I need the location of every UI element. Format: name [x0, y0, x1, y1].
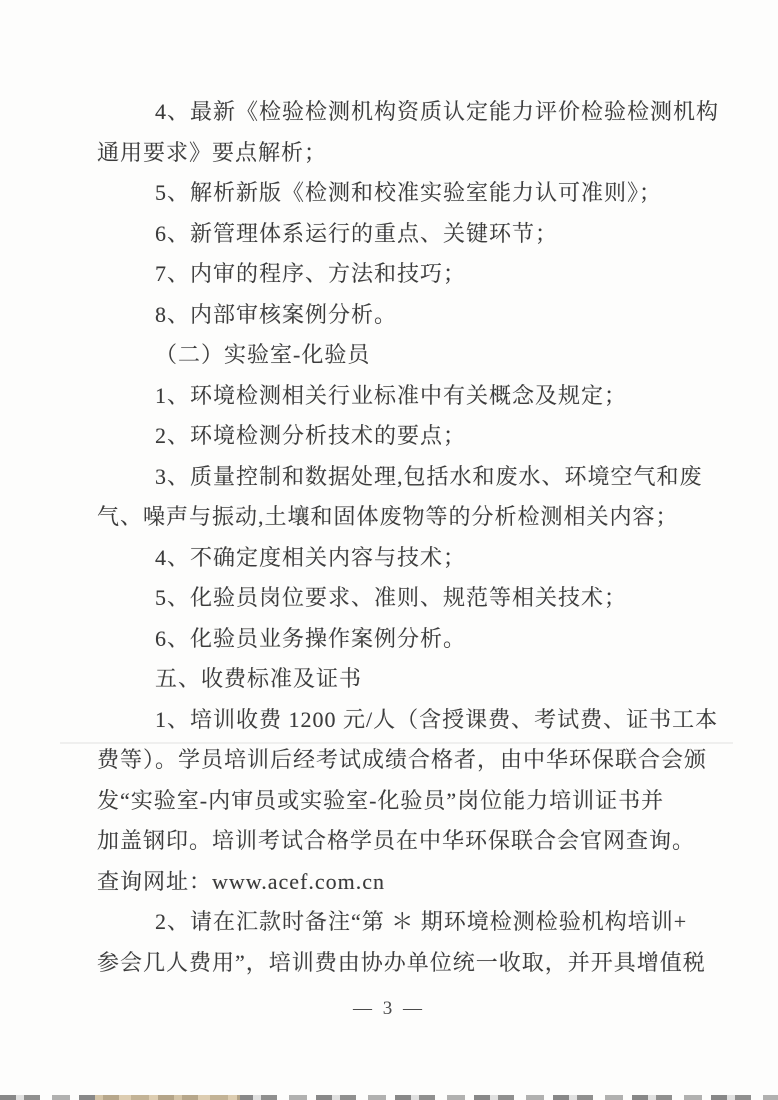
- text-line: 费等）。学员培训后经考试成绩合格者，由中华环保联合会颁: [97, 740, 738, 781]
- scan-streak-artifact: [60, 742, 733, 744]
- text-line: 1、环境检测相关行业标准中有关概念及规定；: [97, 376, 738, 417]
- text-line: 通用要求》要点解析；: [97, 133, 738, 174]
- text-line: 1、培训收费 1200 元/人（含授课费、考试费、证书工本: [97, 700, 738, 741]
- text-line: 5、化验员岗位要求、准则、规范等相关技术；: [97, 578, 738, 619]
- text-line: 7、内审的程序、方法和技巧；: [97, 254, 738, 295]
- text-line: 4、最新《检验检测机构资质认定能力评价检验检测机构: [97, 92, 738, 133]
- text-line: 加盖钢印。培训考试合格学员在中华环保联合会官网查询。: [97, 821, 738, 862]
- text-line: 气、噪声与振动,土壤和固体废物等的分析检测相关内容；: [97, 497, 738, 538]
- text-line: 2、请在汇款时备注“第 ＊ 期环境检测检验机构培训+: [97, 902, 738, 943]
- text-line: 参会几人费用”，培训费由协办单位统一收取，并开具增值税: [97, 943, 738, 984]
- text-line: 4、不确定度相关内容与技术；: [97, 538, 738, 579]
- text-line: 8、内部审核案例分析。: [97, 295, 738, 336]
- scanned-document-page: 4、最新《检验检测机构资质认定能力评价检验检测机构通用要求》要点解析；5、解析新…: [0, 0, 778, 1100]
- text-line: 五、收费标准及证书: [97, 659, 738, 700]
- text-line: 发“实验室-内审员或实验室-化验员”岗位能力培训证书并: [97, 781, 738, 822]
- text-line: 查询网址：www.acef.com.cn: [97, 862, 738, 903]
- page-number: — 3 —: [0, 998, 778, 1020]
- text-line: 5、解析新版《检测和校准实验室能力认可准则》；: [97, 173, 738, 214]
- text-line: （二）实验室-化验员: [97, 335, 738, 376]
- text-line: 6、新管理体系运行的重点、关键环节；: [97, 214, 738, 255]
- text-line: 3、质量控制和数据处理,包括水和废水、环境空气和废: [97, 457, 738, 498]
- text-line: 6、化验员业务操作案例分析。: [97, 619, 738, 660]
- scan-bottom-edge-tint: [95, 1095, 240, 1100]
- document-body-text: 4、最新《检验检测机构资质认定能力评价检验检测机构通用要求》要点解析；5、解析新…: [97, 92, 738, 983]
- text-line: 2、环境检测分析技术的要点；: [97, 416, 738, 457]
